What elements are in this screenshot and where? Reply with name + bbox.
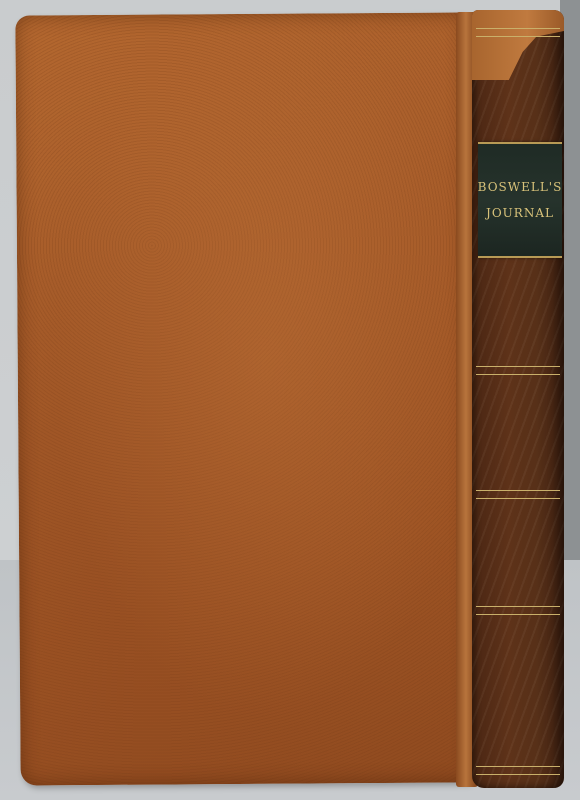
gilt-band — [476, 490, 560, 499]
gilt-band — [476, 366, 560, 375]
spine-title-label: BOSWELL'S JOURNAL — [478, 142, 562, 258]
gilt-band — [476, 766, 560, 775]
book-front-cover — [15, 12, 470, 785]
gilt-band — [476, 28, 560, 37]
gilt-band — [476, 606, 560, 615]
book-spine: BOSWELL'S JOURNAL — [472, 10, 564, 788]
spine-head-cap — [472, 10, 564, 80]
spine-title-line2: JOURNAL — [486, 206, 554, 220]
spine-title-line1: BOSWELL'S — [478, 180, 563, 194]
